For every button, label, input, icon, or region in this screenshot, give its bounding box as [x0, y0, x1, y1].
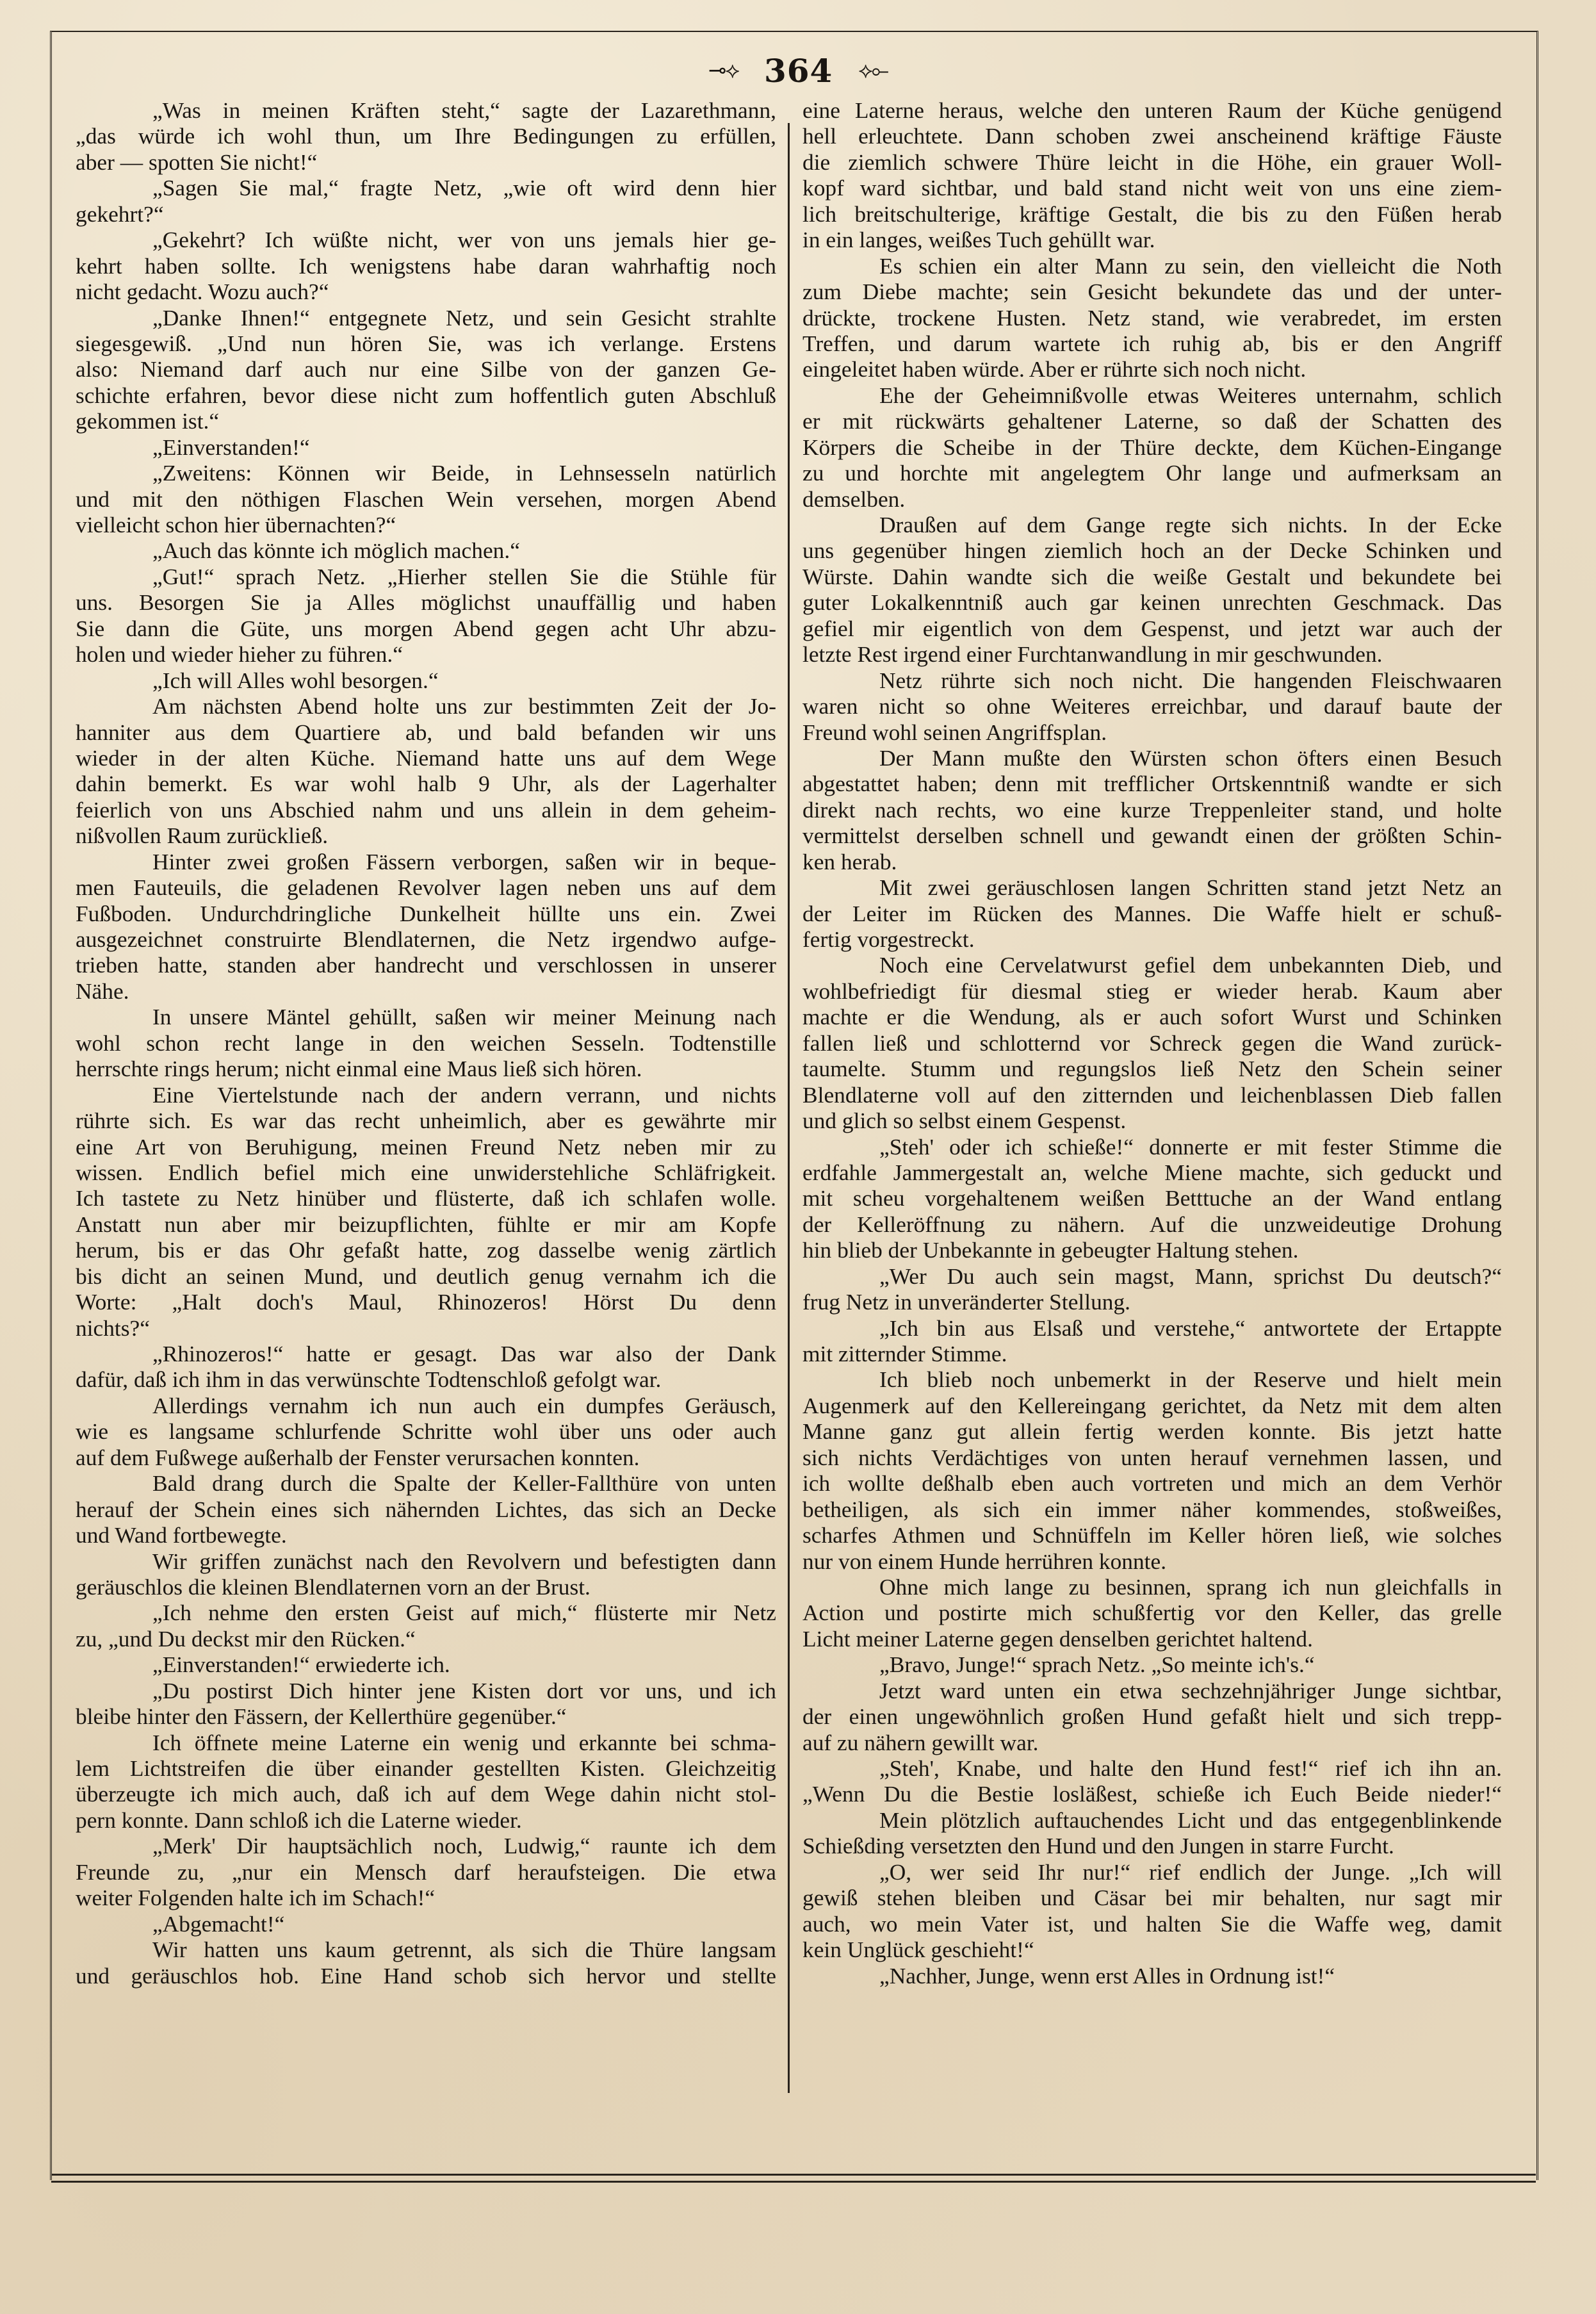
text-line: Mit zwei geräuschlosen langen Schritten …: [802, 874, 1502, 900]
text-line: herauf der Schein eines sich nähernden L…: [76, 1497, 776, 1522]
text-line: sich nichts Verdächtiges von unten herau…: [802, 1445, 1502, 1470]
text-line: uns. Besorgen Sie ja Alles möglichst una…: [76, 589, 776, 615]
text-line: also: Niemand darf auch nur eine Silbe v…: [76, 356, 776, 382]
text-line: „Sagen Sie mal,“ fragte Netz, „wie oft w…: [76, 175, 776, 201]
text-line: taumelte. Stumm und regungslos ließ Netz…: [802, 1056, 1502, 1081]
text-line: wohlbefriedigt für diesmal stieg er wied…: [802, 978, 1502, 1004]
text-line: Blendlaterne voll auf den zitternden und…: [802, 1082, 1502, 1108]
text-line: dafür, daß ich ihm in das verwünschte To…: [76, 1366, 776, 1392]
text-line: trieben hatte, standen aber handrecht un…: [76, 952, 776, 978]
text-line: Noch eine Cervelatwurst gefiel dem unbek…: [802, 952, 1502, 978]
text-line: lich breitschulterige, kräftige Gestalt,…: [802, 201, 1502, 227]
text-line: Es schien ein alter Mann zu sein, den vi…: [802, 253, 1502, 279]
text-line: Am nächsten Abend holte uns zur bestimmt…: [76, 693, 776, 719]
text-line: Mein plötzlich auftauchendes Licht und d…: [802, 1807, 1502, 1833]
text-line: mit zitternder Stimme.: [802, 1341, 1502, 1366]
text-line: Ich öffnete meine Laterne ein wenig und …: [76, 1730, 776, 1755]
text-line: „Wer Du auch sein magst, Mann, sprichst …: [802, 1263, 1502, 1289]
text-line: Eine Viertelstunde nach der andern verra…: [76, 1082, 776, 1108]
text-line: wie es langsame schlurfende Schritte woh…: [76, 1418, 776, 1444]
text-line: feierlich von uns Abschied nahm und uns …: [76, 797, 776, 823]
text-line: uns gegenüber hingen ziemlich hoch an de…: [802, 537, 1502, 563]
text-line: kopf ward sichtbar, und bald stand nicht…: [802, 175, 1502, 201]
text-line: Ehe der Geheimnißvolle etwas Weiteres un…: [802, 382, 1502, 408]
text-line: Jetzt ward unten ein etwa sechzehnjährig…: [802, 1678, 1502, 1703]
text-line: gefiel mir eigentlich von dem Gespenst, …: [802, 616, 1502, 641]
text-line: „O, wer seid Ihr nur!“ rief endlich der …: [802, 1859, 1502, 1885]
text-line: fallen ließ und schlotternd vor Schreck …: [802, 1030, 1502, 1056]
text-line: wohl schon recht lange in den weichen Se…: [76, 1030, 776, 1056]
text-line: ken herab.: [802, 849, 1502, 874]
text-line: hell erleuchtete. Dann schoben zwei ansc…: [802, 123, 1502, 149]
text-line: Treffen, und darum wartete ich ruhig ab,…: [802, 331, 1502, 356]
text-line: „das würde ich wohl thun, um Ihre Beding…: [76, 123, 776, 149]
text-line: Anstatt nun aber mir beizupflichten, füh…: [76, 1211, 776, 1237]
text-line: vermittelst derselben schnell und gewand…: [802, 823, 1502, 848]
text-line: men Fauteuils, die geladenen Revolver la…: [76, 874, 776, 900]
text-line: pern konnte. Dann schloß ich die Laterne…: [76, 1807, 776, 1833]
text-line: Körpers die Scheibe in der Thüre deckte,…: [802, 434, 1502, 460]
text-line: gewiß stehen bleiben und Cäsar bei mir b…: [802, 1885, 1502, 1910]
text-line: wieder in der alten Küche. Niemand hatte…: [76, 745, 776, 771]
page-number: 364: [764, 52, 833, 90]
text-line: Der Mann mußte den Würsten schon öfters …: [802, 745, 1502, 771]
text-line: hin blieb der Unbekannte in gebeugter Ha…: [802, 1237, 1502, 1263]
text-line: „Was in meinen Kräften steht,“ sagte der…: [76, 97, 776, 123]
text-line: bleibe hinter den Fässern, der Kellerthü…: [76, 1703, 776, 1729]
text-line: herum, bis er das Ohr gefaßt hatte, zog …: [76, 1237, 776, 1263]
text-line: Ohne mich lange zu besinnen, sprang ich …: [802, 1574, 1502, 1600]
text-line: Bald drang durch die Spalte der Keller-F…: [76, 1470, 776, 1496]
text-line: Manne ganz gut allein fertig werden konn…: [802, 1418, 1502, 1444]
text-line: fertig vorgestreckt.: [802, 926, 1502, 952]
page-header: ⊸⟡ 364 ⟡⟜: [0, 51, 1596, 90]
text-line: „Einverstanden!“ erwiederte ich.: [76, 1652, 776, 1677]
text-line: aber — spotten Sie nicht!“: [76, 149, 776, 175]
text-columns: „Was in meinen Kräften steht,“ sagte der…: [67, 97, 1528, 2135]
text-line: frug Netz in unveränderter Stellung.: [802, 1289, 1502, 1315]
text-line: Freunde zu, „nur ein Mensch darf heraufs…: [76, 1859, 776, 1885]
text-line: Wir hatten uns kaum getrennt, als sich d…: [76, 1937, 776, 1962]
text-line: Fußboden. Undurchdringliche Dunkelheit h…: [76, 901, 776, 926]
text-line: Ich tastete zu Netz hinüber und flüstert…: [76, 1185, 776, 1211]
text-line: eine Art von Beruhigung, meinen Freund N…: [76, 1134, 776, 1160]
text-line: Wir griffen zunächst nach den Revolvern …: [76, 1548, 776, 1574]
text-line: Hinter zwei großen Fässern verborgen, sa…: [76, 849, 776, 874]
bottom-double-rule: [51, 2174, 1536, 2183]
text-line: in ein langes, weißes Tuch gehüllt war.: [802, 227, 1502, 252]
text-line: guter Lokalkenntniß auch gar keinen unre…: [802, 589, 1502, 615]
text-line: nur von einem Hunde herrühren konnte.: [802, 1548, 1502, 1574]
text-line: waren nicht so ohne Weiteres erreichbar,…: [802, 693, 1502, 719]
text-line: und glich so selbst einem Gespenst.: [802, 1108, 1502, 1133]
ornament-right-icon: ⟡⟜: [858, 58, 888, 83]
text-line: Augenmerk auf den Kellereingang gerichte…: [802, 1393, 1502, 1418]
text-line: und mit den nöthigen Flaschen Wein verse…: [76, 486, 776, 512]
text-line: zu und horchte mit angelegtem Ohr lange …: [802, 460, 1502, 486]
text-line: In unsere Mäntel gehüllt, saßen wir mein…: [76, 1004, 776, 1030]
left-column: „Was in meinen Kräften steht,“ sagte der…: [67, 97, 788, 2135]
text-line: „Gekehrt? Ich wüßte nicht, wer von uns j…: [76, 227, 776, 252]
text-line: „Zweitens: Können wir Beide, in Lehnsess…: [76, 460, 776, 486]
text-line: letzte Rest irgend einer Furchtanwandlun…: [802, 641, 1502, 667]
text-line: rührte sich. Es war das recht unheimlich…: [76, 1108, 776, 1133]
text-line: Freund wohl seinen Angriffsplan.: [802, 719, 1502, 745]
text-line: betheiligen, als sich ein immer näher ko…: [802, 1497, 1502, 1522]
text-line: Ich blieb noch unbemerkt in der Reserve …: [802, 1366, 1502, 1392]
text-line: machte er die Wendung, als er auch sofor…: [802, 1004, 1502, 1030]
text-line: Nähe.: [76, 978, 776, 1004]
text-line: holen und wieder hieher zu führen.“: [76, 641, 776, 667]
text-line: „Ich nehme den ersten Geist auf mich,“ f…: [76, 1600, 776, 1625]
text-line: „Bravo, Junge!“ sprach Netz. „So meinte …: [802, 1652, 1502, 1677]
text-line: eine Laterne heraus, welche den unteren …: [802, 97, 1502, 123]
text-line: „Steh', Knabe, und halte den Hund fest!“…: [802, 1755, 1502, 1781]
text-line: überzeugte ich mich auch, daß ich auf de…: [76, 1781, 776, 1807]
text-line: der Kelleröffnung zu nähern. Auf die unz…: [802, 1211, 1502, 1237]
text-line: auf dem Fußwege außerhalb der Fenster ve…: [76, 1445, 776, 1470]
text-line: nißvollen Raum zurückließ.: [76, 823, 776, 848]
text-line: weiter Folgenden halte ich im Schach!“: [76, 1885, 776, 1910]
text-line: nicht gedacht. Wozu auch?“: [76, 279, 776, 304]
text-line: Netz rührte sich noch nicht. Die hangend…: [802, 668, 1502, 693]
text-line: zu, „und Du deckst mir den Rücken.“: [76, 1626, 776, 1652]
text-line: „Gut!“ sprach Netz. „Hierher stellen Sie…: [76, 564, 776, 589]
text-line: hanniter aus dem Quartiere ab, und bald …: [76, 719, 776, 745]
text-line: „Auch das könnte ich möglich machen.“: [76, 537, 776, 563]
text-line: vielleicht schon hier übernachten?“: [76, 512, 776, 537]
text-line: auf zu nähern gewillt war.: [802, 1730, 1502, 1755]
text-line: dahin bemerkt. Es war wohl halb 9 Uhr, a…: [76, 771, 776, 796]
text-line: „Abgemacht!“: [76, 1911, 776, 1937]
text-line: und geräuschlos hob. Eine Hand schob sic…: [76, 1963, 776, 1989]
text-line: erdfahle Jammergestalt an, welche Miene …: [802, 1160, 1502, 1185]
text-line: auch, wo mein Vater ist, und halten Sie …: [802, 1911, 1502, 1937]
text-line: kein Unglück geschieht!“: [802, 1937, 1502, 1962]
text-line: geräuschlos die kleinen Blendlaternen vo…: [76, 1574, 776, 1600]
text-line: „Ich will Alles wohl besorgen.“: [76, 668, 776, 693]
text-line: mit scheu vorgehaltenem weißen Betttuche…: [802, 1185, 1502, 1211]
text-line: er mit rückwärts gehaltener Laterne, so …: [802, 408, 1502, 434]
right-column: eine Laterne heraus, welche den unteren …: [790, 97, 1511, 2135]
text-line: wissen. Endlich befiel mich eine unwider…: [76, 1160, 776, 1185]
text-line: Licht meiner Laterne gegen denselben ger…: [802, 1626, 1502, 1652]
text-line: demselben.: [802, 486, 1502, 512]
text-line: bis dicht an seinen Mund, und deutlich g…: [76, 1263, 776, 1289]
ornament-left-icon: ⊸⟡: [708, 58, 738, 83]
text-line: kehrt haben sollte. Ich wenigstens habe …: [76, 253, 776, 279]
text-line: die ziemlich schwere Thüre leicht in die…: [802, 149, 1502, 175]
text-line: „Merk' Dir hauptsächlich noch, Ludwig,“ …: [76, 1833, 776, 1859]
text-line: direkt nach rechts, wo eine kurze Treppe…: [802, 797, 1502, 823]
text-line: „Du postirst Dich hinter jene Kisten dor…: [76, 1678, 776, 1703]
text-line: und Wand fortbewegte.: [76, 1522, 776, 1548]
text-line: gekommen ist.“: [76, 408, 776, 434]
text-line: ausgezeichnet construirte Blendlaternen,…: [76, 926, 776, 952]
text-line: Allerdings vernahm ich nun auch ein dump…: [76, 1393, 776, 1418]
text-line: eingeleitet haben würde. Aber er rührte …: [802, 356, 1502, 382]
text-line: scharfes Athmen und Schnüffeln im Keller…: [802, 1522, 1502, 1548]
text-line: Schießding versetzten den Hund und den J…: [802, 1833, 1502, 1859]
text-line: Worte: „Halt doch's Maul, Rhinozeros! Hö…: [76, 1289, 776, 1315]
text-line: zum Diebe machte; sein Gesicht bekundete…: [802, 279, 1502, 304]
text-line: „Ich bin aus Elsaß und verstehe,“ antwor…: [802, 1315, 1502, 1341]
text-line: „Rhinozeros!“ hatte er gesagt. Das war a…: [76, 1341, 776, 1366]
text-line: der einen ungewöhnlich großen Hund gefaß…: [802, 1703, 1502, 1729]
text-line: ich wollte deßhalb eben auch vortreten u…: [802, 1470, 1502, 1496]
text-line: lem Lichtstreifen die über einander gest…: [76, 1755, 776, 1781]
text-line: schichte erfahren, bevor diese nicht zum…: [76, 382, 776, 408]
text-line: nichts?“: [76, 1315, 776, 1341]
text-line: herrschte rings herum; nicht einmal eine…: [76, 1056, 776, 1081]
text-line: Sie dann die Güte, uns morgen Abend gege…: [76, 616, 776, 641]
text-line: Draußen auf dem Gange regte sich nichts.…: [802, 512, 1502, 537]
text-line: „Steh' oder ich schieße!“ donnerte er mi…: [802, 1134, 1502, 1160]
text-line: „Danke Ihnen!“ entgegnete Netz, und sein…: [76, 305, 776, 331]
text-line: Action und postirte mich schußfertig vor…: [802, 1600, 1502, 1625]
text-line: „Nachher, Junge, wenn erst Alles in Ordn…: [802, 1963, 1502, 1989]
text-line: drückte, trockene Husten. Netz stand, wi…: [802, 305, 1502, 331]
text-line: gekehrt?“: [76, 201, 776, 227]
text-line: „Einverstanden!“: [76, 434, 776, 460]
text-line: „Wenn Du die Bestie losläßest, schieße i…: [802, 1781, 1502, 1807]
text-line: abgestattet haben; denn mit trefflicher …: [802, 771, 1502, 796]
text-line: siegesgewiß. „Und nun hören Sie, was ich…: [76, 331, 776, 356]
text-line: der Leiter im Rücken des Mannes. Die Waf…: [802, 901, 1502, 926]
text-line: Würste. Dahin wandte sich die weiße Gest…: [802, 564, 1502, 589]
